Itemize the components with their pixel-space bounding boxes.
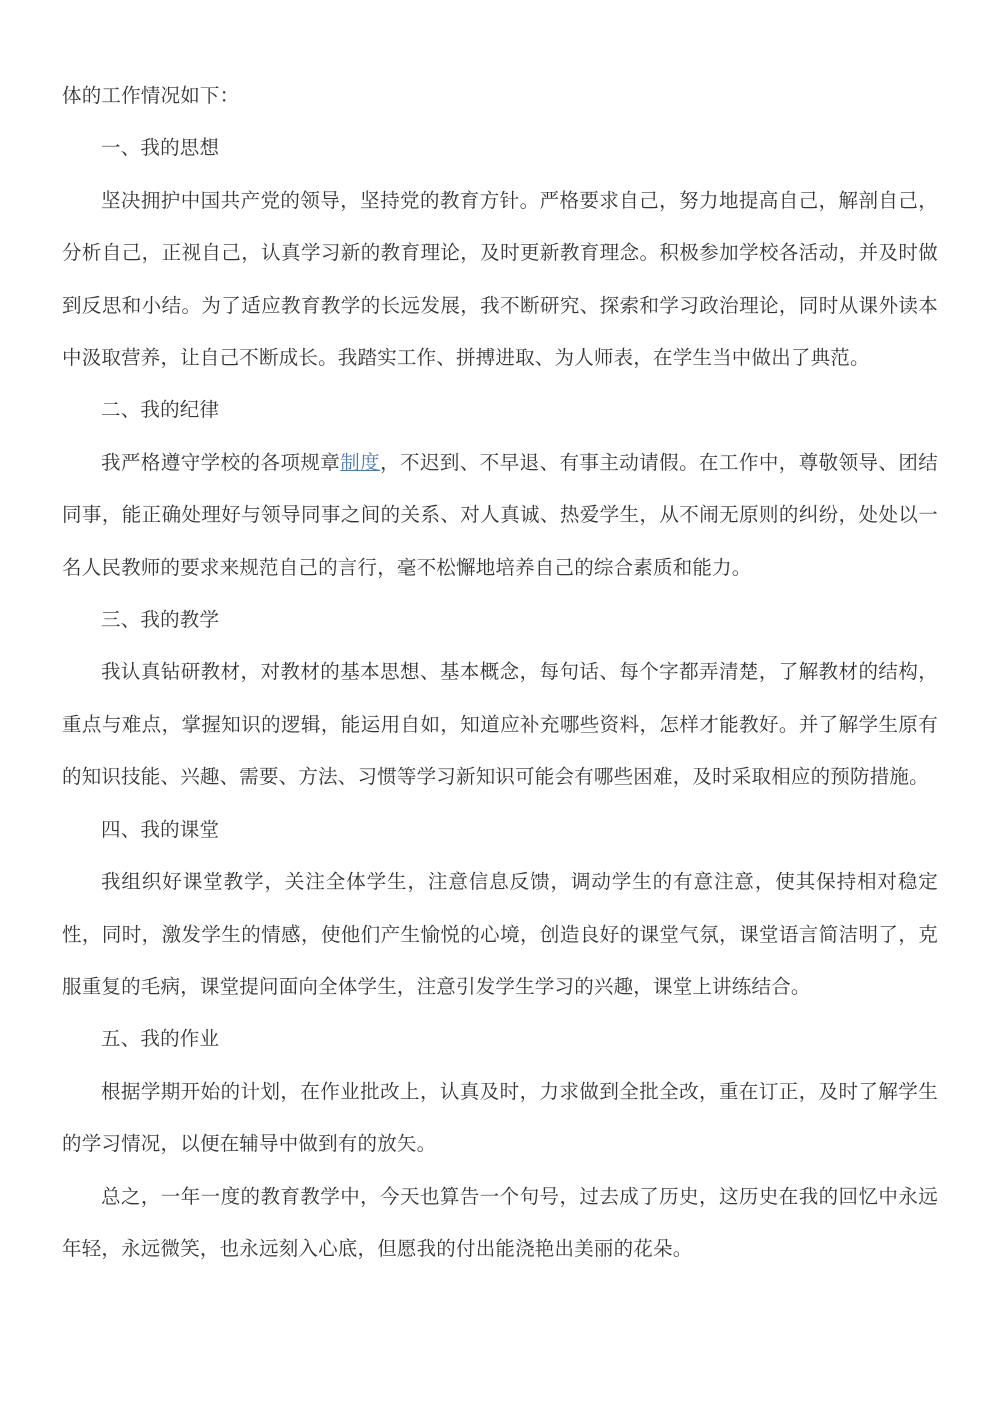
heading-section-5-homework: 五、我的作业: [62, 1013, 938, 1065]
heading-section-4-classroom: 四、我的课堂: [62, 804, 938, 856]
discipline-text-pre: 我严格遵守学校的各项规章: [101, 452, 340, 474]
document-page: 体的工作情况如下： 一、我的思想 坚决拥护中国共产党的领导，坚持党的教育方针。严…: [0, 0, 1000, 1275]
heading-section-2-discipline: 二、我的纪律: [62, 384, 938, 436]
paragraph-classroom: 我组织好课堂教学，关注全体学生，注意信息反馈，调动学生的有意注意，使其保持相对稳…: [62, 856, 938, 1013]
paragraph-continuation: 体的工作情况如下：: [62, 70, 938, 122]
paragraph-thought: 坚决拥护中国共产党的领导，坚持党的教育方针。严格要求自己，努力地提高自己，解剖自…: [62, 175, 938, 385]
paragraph-closing: 总之，一年一度的教育教学中，今天也算告一个句号，过去成了历史，这历史在我的回忆中…: [62, 1171, 938, 1276]
regulations-link[interactable]: 制度: [340, 452, 380, 474]
heading-section-1-thought: 一、我的思想: [62, 122, 938, 174]
paragraph-homework: 根据学期开始的计划，在作业批改上，认真及时，力求做到全批全改，重在订正，及时了解…: [62, 1066, 938, 1171]
paragraph-teaching: 我认真钻研教材，对教材的基本思想、基本概念，每句话、每个字都弄清楚，了解教材的结…: [62, 646, 938, 803]
paragraph-discipline: 我严格遵守学校的各项规章制度，不迟到、不早退、有事主动请假。在工作中，尊敬领导、…: [62, 437, 938, 594]
heading-section-3-teaching: 三、我的教学: [62, 594, 938, 646]
